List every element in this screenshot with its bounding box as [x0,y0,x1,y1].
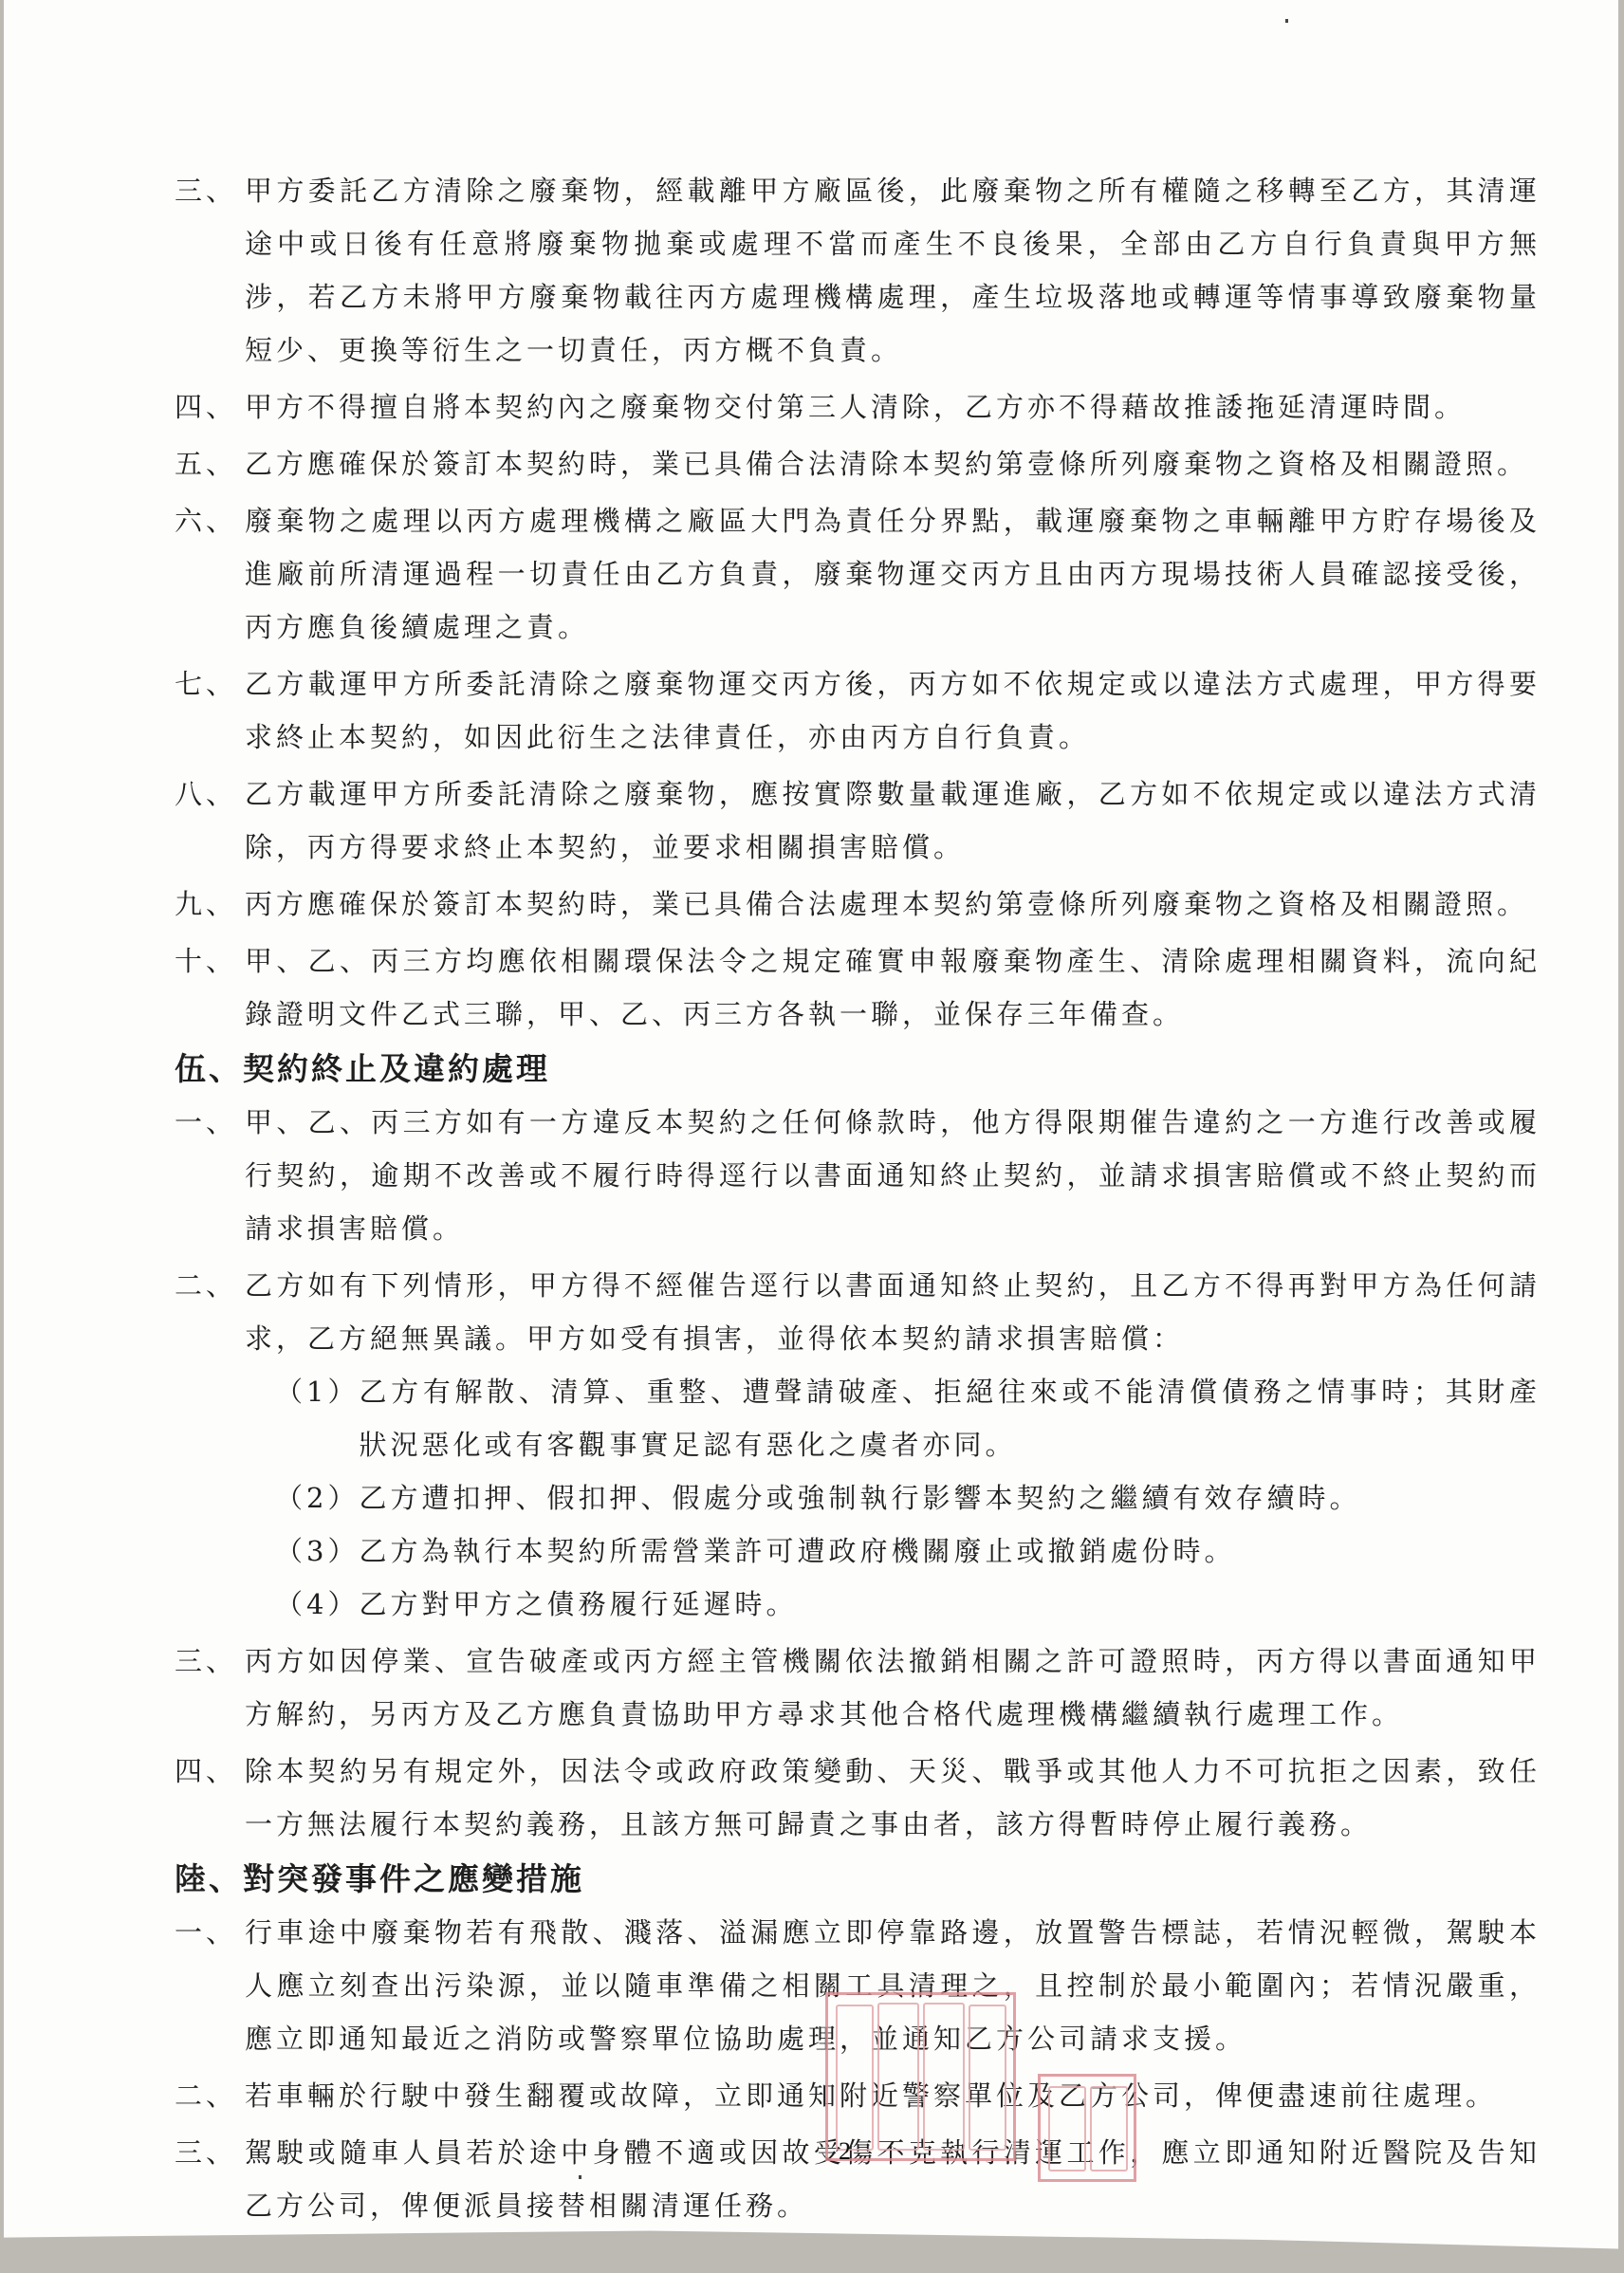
sub-clause-item: （2） 乙方遭扣押、假扣押、假處分或強制執行影響本契約之繼續有效存續時。 [175,1471,1541,1525]
clause-number: 九、 [175,878,245,931]
sub-clause-text: 乙方遭扣押、假扣押、假處分或強制執行影響本契約之繼續有效存續時。 [359,1471,1541,1525]
clause-item: 三、 丙方如因停業、宣告破產或丙方經主管機關依法撤銷相關之許可證照時，丙方得以書… [175,1635,1541,1741]
clause-number: 三、 [175,1635,245,1741]
sub-clause-text: 乙方為執行本契約所需營業許可遭政府機關廢止或撤銷處份時。 [359,1525,1541,1578]
contract-body: 三、 甲方委託乙方清除之廢棄物，經載離甲方廠區後，此廢棄物之所有權隨之移轉至乙方… [175,164,1541,2232]
seal-glyph [969,2005,1006,2151]
document-page: 三、 甲方委託乙方清除之廢棄物，經載離甲方廠區後，此廢棄物之所有權隨之移轉至乙方… [4,0,1618,2258]
clause-text: 乙方載運甲方所委託清除之廢棄物，應按實際數量載運進廠，乙方如不依規定或以違法方式… [245,767,1541,874]
company-seal-stamp [825,1992,1016,2161]
clause-item: 七、 乙方載運甲方所委託清除之廢棄物運交丙方後，丙方如不依規定或以違法方式處理，… [175,657,1541,764]
clause-number: 四、 [175,1745,245,1851]
clause-text: 甲、乙、丙三方如有一方違反本契約之任何條款時，他方得限期催告違約之一方進行改善或… [245,1096,1541,1255]
clause-number: 一、 [175,1096,245,1255]
clause-number: 二、 [175,1259,245,1365]
seal-glyph [923,2003,965,2151]
sub-clause-number: （4） [275,1578,359,1631]
clause-item: 四、 甲方不得擅自將本契約內之廢棄物交付第三人清除，乙方亦不得藉故推諉拖延清運時… [175,380,1541,434]
clause-text: 除本契約另有規定外，因法令或政府政策變動、天災、戰爭或其他人力不可抗拒之因素，致… [245,1745,1541,1851]
clause-number: 三、 [175,2126,245,2232]
sub-clause-number: （1） [275,1365,359,1471]
clause-text: 甲、乙、丙三方均應依相關環保法令之規定確實申報廢棄物產生、清除處理相關資料，流向… [245,934,1541,1041]
clause-item: 一、 甲、乙、丙三方如有一方違反本契約之任何條款時，他方得限期催告違約之一方進行… [175,1096,1541,1255]
clause-text: 乙方載運甲方所委託清除之廢棄物運交丙方後，丙方如不依規定或以違法方式處理，甲方得… [245,657,1541,764]
sub-clause-text: 乙方有解散、清算、重整、遭聲請破產、拒絕往來或不能清償債務之情事時；其財產狀況惡… [359,1365,1541,1471]
clause-item: 三、 甲方委託乙方清除之廢棄物，經載離甲方廠區後，此廢棄物之所有權隨之移轉至乙方… [175,164,1541,377]
clause-number: 八、 [175,767,245,874]
clause-text: 丙方如因停業、宣告破產或丙方經主管機關依法撤銷相關之許可證照時，丙方得以書面通知… [245,1635,1541,1741]
sub-clause-item: （1） 乙方有解散、清算、重整、遭聲請破產、拒絕往來或不能清償債務之情事時；其財… [175,1365,1541,1471]
clause-number: 五、 [175,437,245,490]
sub-clause-number: （2） [275,1471,359,1525]
seal-glyph [836,2005,874,2151]
clause-item: 四、 除本契約另有規定外，因法令或政府政策變動、天災、戰爭或其他人力不可抗拒之因… [175,1745,1541,1851]
clause-text: 丙方應確保於簽訂本契約時，業已具備合法處理本契約第壹條所列廢棄物之資格及相關證照… [245,878,1541,931]
clause-text: 廢棄物之處理以丙方處理機構之廠區大門為責任分界點，載運廢棄物之車輛離甲方貯存場後… [245,494,1541,654]
representative-seal-stamp [1038,2074,1136,2182]
sub-clause-text: 乙方對甲方之債務履行延遲時。 [359,1578,1541,1631]
page-number: 2 [839,2137,851,2166]
clause-number: 十、 [175,934,245,1041]
clause-number: 七、 [175,657,245,764]
clause-text: 乙方如有下列情形，甲方得不經催告逕行以書面通知終止契約，且乙方不得再對甲方為任何… [245,1259,1541,1365]
clause-number: 二、 [175,2069,245,2122]
clause-item: 六、 廢棄物之處理以丙方處理機構之廠區大門為責任分界點，載運廢棄物之車輛離甲方貯… [175,494,1541,654]
clause-number: 四、 [175,380,245,434]
clause-item: 八、 乙方載運甲方所委託清除之廢棄物，應按實際數量載運進廠，乙方如不依規定或以違… [175,767,1541,874]
clause-number: 三、 [175,164,245,377]
seal-glyph [1090,2086,1128,2171]
clause-item: 十、 甲、乙、丙三方均應依相關環保法令之規定確實申報廢棄物產生、清除處理相關資料… [175,934,1541,1041]
clause-text: 甲方不得擅自將本契約內之廢棄物交付第三人清除，乙方亦不得藉故推諉拖延清運時間。 [245,380,1541,434]
clause-text: 乙方應確保於簽訂本契約時，業已具備合法清除本契約第壹條所列廢棄物之資格及相關證照… [245,437,1541,490]
seal-glyph [877,2003,919,2151]
section-heading: 伍、契約終止及違約處理 [175,1043,1541,1096]
seal-glyph [1048,2086,1086,2171]
clause-number: 六、 [175,494,245,654]
sub-clause-item: （4） 乙方對甲方之債務履行延遲時。 [175,1578,1541,1631]
speck [1285,19,1288,23]
clause-number: 一、 [175,1906,245,2065]
clause-item: 五、 乙方應確保於簽訂本契約時，業已具備合法清除本契約第壹條所列廢棄物之資格及相… [175,437,1541,490]
sub-clause-number: （3） [275,1525,359,1578]
sub-clause-item: （3） 乙方為執行本契約所需營業許可遭政府機關廢止或撤銷處份時。 [175,1525,1541,1578]
section-heading: 陸、對突發事件之應變措施 [175,1853,1541,1906]
clause-text: 甲方委託乙方清除之廢棄物，經載離甲方廠區後，此廢棄物之所有權隨之移轉至乙方，其清… [245,164,1541,377]
clause-item: 九、 丙方應確保於簽訂本契約時，業已具備合法處理本契約第壹條所列廢棄物之資格及相… [175,878,1541,931]
clause-item: 二、 乙方如有下列情形，甲方得不經催告逕行以書面通知終止契約，且乙方不得再對甲方… [175,1259,1541,1365]
